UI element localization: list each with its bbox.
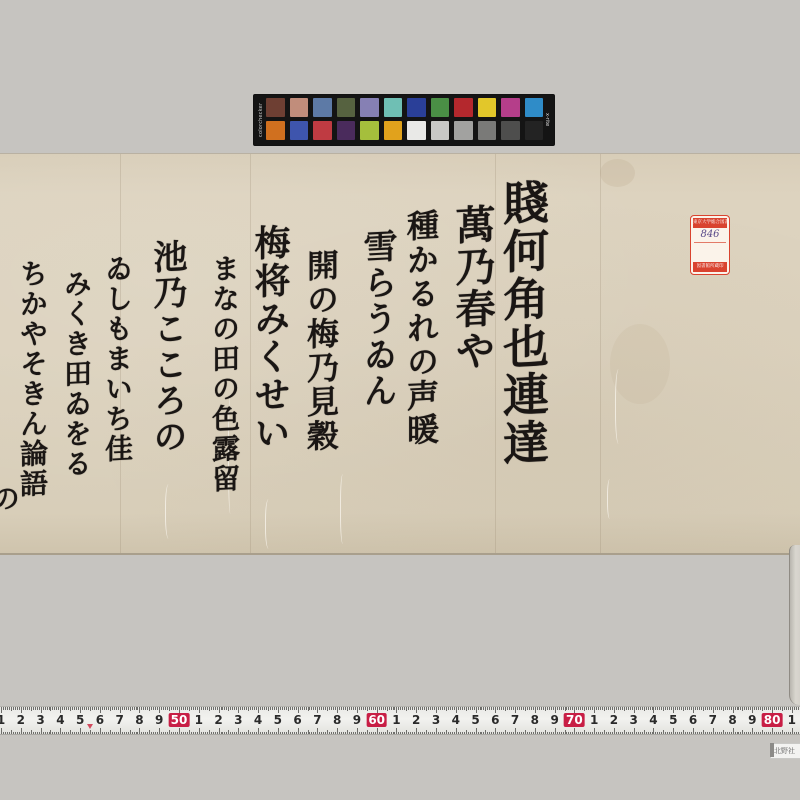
ruler-tick bbox=[644, 730, 645, 734]
ruler-tick bbox=[614, 707, 615, 713]
ruler-tick bbox=[748, 707, 749, 710]
ruler-tick bbox=[547, 732, 548, 735]
ruler-tick bbox=[715, 732, 716, 735]
ruler-tick bbox=[137, 707, 138, 710]
ruler-tick bbox=[566, 732, 567, 735]
ruler-tick bbox=[652, 707, 653, 710]
ruler-tick bbox=[62, 707, 63, 710]
ruler-label: 4 bbox=[254, 713, 262, 727]
ruler-tick bbox=[784, 732, 785, 735]
ruler-tick bbox=[586, 707, 587, 710]
ruler-tick bbox=[436, 728, 437, 734]
ruler-tick bbox=[355, 732, 356, 735]
ruler-tick bbox=[304, 732, 305, 735]
ruler-tick bbox=[600, 732, 601, 735]
ruler-tick bbox=[418, 707, 419, 710]
ruler-tick bbox=[790, 707, 791, 710]
ruler-tick bbox=[50, 707, 51, 711]
ruler-tick bbox=[568, 707, 569, 710]
ruler-tick bbox=[748, 732, 749, 735]
calligraphy-column-5: 開の梅乃見穀 bbox=[305, 248, 337, 454]
ruler-tick bbox=[565, 730, 566, 734]
ruler-tick bbox=[230, 707, 231, 710]
ruler-tick bbox=[56, 732, 57, 735]
ruler-tick bbox=[224, 732, 225, 735]
ruler-tick bbox=[525, 707, 526, 711]
ruler-tick bbox=[523, 732, 524, 735]
ruler-tick bbox=[705, 707, 706, 710]
ruler-tick bbox=[665, 707, 666, 710]
ruler-tick bbox=[228, 730, 229, 734]
ruler-tick bbox=[90, 707, 91, 711]
ruler-tick bbox=[145, 732, 146, 735]
ruler-tick bbox=[353, 732, 354, 735]
ruler-tick bbox=[744, 732, 745, 735]
ruler-tick bbox=[175, 732, 176, 735]
ruler-tick bbox=[521, 732, 522, 735]
ruler-tick bbox=[527, 707, 528, 710]
ruler-tick bbox=[657, 707, 658, 710]
ruler-tick bbox=[167, 707, 168, 710]
ruler-tick bbox=[640, 707, 641, 710]
ruler-tick bbox=[363, 732, 364, 735]
ruler-tick bbox=[240, 707, 241, 710]
ruler-tick bbox=[68, 732, 69, 735]
ruler-tick bbox=[410, 732, 411, 735]
color-swatch bbox=[266, 121, 285, 140]
ruler-tick bbox=[782, 707, 783, 711]
ruler-tick bbox=[213, 707, 214, 710]
ruler-tick bbox=[219, 707, 220, 713]
ruler-tick bbox=[317, 728, 318, 734]
ruler-tick bbox=[610, 732, 611, 735]
ruler-tick bbox=[70, 707, 71, 711]
ruler-tick bbox=[163, 707, 164, 710]
ruler-tick bbox=[187, 707, 188, 710]
ruler-tick bbox=[341, 732, 342, 735]
ruler-tick bbox=[116, 732, 117, 735]
ruler-tick bbox=[436, 707, 437, 713]
ruler-tick bbox=[313, 732, 314, 735]
ruler-label: 7 bbox=[709, 713, 717, 727]
ruler-tick bbox=[547, 707, 548, 710]
ruler-tick bbox=[648, 732, 649, 735]
ruler-tick bbox=[207, 732, 208, 735]
paper-crack bbox=[340, 474, 347, 544]
ruler-tick bbox=[780, 707, 781, 710]
ruler-label: 1 bbox=[392, 713, 400, 727]
ruler-tick bbox=[628, 707, 629, 710]
ruler-tick bbox=[246, 732, 247, 735]
ruler-tick bbox=[527, 732, 528, 735]
ruler-tick bbox=[572, 707, 573, 710]
ruler-tick bbox=[155, 732, 156, 735]
ruler-tick bbox=[313, 707, 314, 710]
ruler-tick bbox=[725, 732, 726, 735]
ruler-tick bbox=[501, 707, 502, 710]
ruler-tick bbox=[778, 732, 779, 735]
ruler-tick bbox=[574, 707, 575, 713]
ruler-tick bbox=[242, 732, 243, 735]
ruler-tick bbox=[456, 707, 457, 713]
ruler-tick bbox=[580, 707, 581, 710]
ruler-tick bbox=[788, 732, 789, 735]
ruler-tick bbox=[576, 707, 577, 710]
ruler-tick bbox=[424, 732, 425, 735]
ruler-tick bbox=[94, 732, 95, 735]
ruler-tick bbox=[442, 732, 443, 735]
ruler-tick bbox=[321, 732, 322, 735]
ruler-tick bbox=[503, 732, 504, 735]
ruler-tick bbox=[391, 707, 392, 710]
ruler-tick bbox=[432, 732, 433, 735]
ruler-tick bbox=[489, 732, 490, 735]
ruler-tick bbox=[72, 732, 73, 735]
ruler-label: 5 bbox=[471, 713, 479, 727]
ruler-tick bbox=[517, 707, 518, 710]
ruler-tick bbox=[408, 707, 409, 710]
ruler-tick bbox=[620, 732, 621, 735]
ruler-tick bbox=[361, 732, 362, 735]
ruler-tick bbox=[179, 707, 180, 713]
ruler-tick bbox=[628, 732, 629, 735]
ruler-tick bbox=[373, 732, 374, 735]
ruler-tick bbox=[586, 732, 587, 735]
ruler-tick bbox=[735, 707, 736, 710]
color-swatch bbox=[525, 98, 544, 117]
ruler-tick bbox=[414, 707, 415, 710]
ruler-tick bbox=[691, 732, 692, 735]
ruler-tick bbox=[258, 707, 259, 713]
ruler-tick bbox=[487, 707, 488, 710]
ruler-tick bbox=[236, 732, 237, 735]
paper-stain bbox=[600, 159, 635, 187]
ruler-tick bbox=[359, 732, 360, 735]
ruler-tick bbox=[106, 707, 107, 710]
ruler-tick bbox=[626, 732, 627, 735]
ruler-tick bbox=[357, 728, 358, 734]
ruler-tick bbox=[679, 732, 680, 735]
ruler-tick bbox=[709, 707, 710, 710]
ruler-tick bbox=[195, 732, 196, 735]
ruler-tick bbox=[92, 707, 93, 710]
paper-crack bbox=[607, 479, 614, 519]
ruler-tick bbox=[49, 732, 50, 735]
ruler-tick bbox=[145, 707, 146, 710]
ruler-tick bbox=[58, 707, 59, 710]
ruler-tick bbox=[134, 732, 135, 735]
label-header: 東京大学総合図書館 bbox=[693, 218, 727, 228]
xrite-brand-label: x-rite bbox=[543, 101, 551, 139]
ruler-tick bbox=[219, 728, 220, 734]
ruler-tick bbox=[671, 732, 672, 735]
ruler-tick bbox=[744, 707, 745, 710]
ruler-tick bbox=[653, 728, 654, 734]
ruler-tick bbox=[487, 732, 488, 735]
ruler-tick bbox=[345, 732, 346, 735]
ruler-tick bbox=[592, 732, 593, 735]
ruler-tick bbox=[130, 730, 131, 734]
ruler-tick bbox=[377, 728, 378, 734]
ruler-tick bbox=[667, 707, 668, 710]
ruler-tick bbox=[699, 732, 700, 735]
ruler-tick bbox=[655, 707, 656, 710]
ruler-tick bbox=[76, 732, 77, 735]
ruler-tick bbox=[331, 732, 332, 735]
ruler-tick bbox=[136, 732, 137, 735]
ruler-label: 1 bbox=[195, 713, 203, 727]
ruler-tick bbox=[624, 730, 625, 734]
ruler-tick bbox=[211, 732, 212, 735]
ruler-tick bbox=[39, 732, 40, 735]
ruler-tick bbox=[72, 707, 73, 710]
ruler-tick bbox=[689, 732, 690, 735]
ruler-tick bbox=[766, 732, 767, 735]
ruler-tick bbox=[474, 732, 475, 735]
ruler-label: 3 bbox=[36, 713, 44, 727]
ruler-tick bbox=[404, 732, 405, 735]
color-swatch bbox=[431, 98, 450, 117]
ruler-tick bbox=[549, 707, 550, 710]
ruler-tick bbox=[90, 730, 91, 734]
ruler-tick bbox=[796, 732, 797, 735]
ruler-tick bbox=[335, 707, 336, 710]
ruler-tick bbox=[311, 732, 312, 735]
ruler-label: 6 bbox=[293, 713, 301, 727]
color-swatch bbox=[501, 121, 520, 140]
ruler-tick bbox=[701, 732, 702, 735]
ruler-tick bbox=[452, 732, 453, 735]
ruler-tick bbox=[197, 707, 198, 710]
ruler-tick bbox=[446, 730, 447, 734]
ruler-tick bbox=[43, 732, 44, 735]
ruler-tick bbox=[207, 707, 208, 710]
ruler-tick bbox=[737, 732, 738, 735]
ruler-tick bbox=[139, 728, 140, 734]
ruler-tick bbox=[54, 732, 55, 735]
ruler-tick bbox=[507, 707, 508, 710]
ruler-tick bbox=[62, 732, 63, 735]
ruler-tick bbox=[738, 707, 739, 710]
ruler-tick bbox=[21, 728, 22, 734]
ruler-tick bbox=[604, 707, 605, 711]
ruler-tick bbox=[33, 707, 34, 710]
ruler-tick bbox=[561, 707, 562, 710]
ruler-tick bbox=[768, 732, 769, 735]
ruler-tick bbox=[327, 707, 328, 711]
ruler-tick bbox=[266, 707, 267, 710]
ruler-tick bbox=[462, 732, 463, 735]
ruler-tick bbox=[383, 707, 384, 710]
ruler-tick bbox=[68, 707, 69, 710]
ruler-tick bbox=[52, 732, 53, 735]
ruler-tick bbox=[545, 707, 546, 711]
color-swatch bbox=[337, 98, 356, 117]
ruler-tick bbox=[221, 732, 222, 735]
ruler-tick bbox=[74, 707, 75, 710]
ruler-tick bbox=[161, 707, 162, 710]
ruler-tick bbox=[790, 732, 791, 735]
ruler-tick bbox=[389, 707, 390, 710]
ruler-tick bbox=[412, 732, 413, 735]
ruler-tick bbox=[614, 728, 615, 734]
ruler-tick bbox=[426, 730, 427, 734]
ruler-tick bbox=[476, 728, 477, 734]
ruler-tick bbox=[606, 732, 607, 735]
ruler-tick bbox=[632, 707, 633, 710]
ruler-tick bbox=[159, 728, 160, 734]
ruler-tick bbox=[650, 707, 651, 710]
ruler-tick bbox=[189, 707, 190, 711]
ruler-label: 5 bbox=[669, 713, 677, 727]
color-swatch bbox=[290, 121, 309, 140]
ruler-tick bbox=[317, 707, 318, 713]
ruler-tick bbox=[422, 707, 423, 710]
ruler-tick bbox=[141, 707, 142, 710]
ruler-tick bbox=[398, 732, 399, 735]
ruler-tick bbox=[296, 707, 297, 710]
scroll-weight bbox=[789, 545, 800, 705]
ruler-tick bbox=[3, 732, 4, 735]
ruler-tick bbox=[118, 732, 119, 735]
ruler-tick bbox=[29, 732, 30, 735]
ruler-tick bbox=[151, 707, 152, 710]
color-swatch bbox=[313, 121, 332, 140]
ruler-tick bbox=[304, 707, 305, 710]
ruler-tick bbox=[393, 732, 394, 735]
ruler-tick bbox=[598, 732, 599, 735]
ruler-tick bbox=[78, 707, 79, 710]
ruler-tick bbox=[667, 732, 668, 735]
ruler-tick bbox=[256, 707, 257, 710]
ruler-tick bbox=[128, 732, 129, 735]
ruler-tick bbox=[333, 732, 334, 735]
paper-crack bbox=[615, 369, 624, 444]
ruler-tick bbox=[282, 707, 283, 710]
color-swatch bbox=[360, 98, 379, 117]
ruler-tick bbox=[110, 730, 111, 734]
ruler-tick bbox=[120, 707, 121, 713]
ruler-tick bbox=[228, 707, 229, 711]
ruler-tick bbox=[108, 732, 109, 735]
ruler-tick bbox=[622, 707, 623, 710]
ruler-tick bbox=[541, 707, 542, 710]
ruler-tick bbox=[719, 732, 720, 735]
ruler-tick bbox=[529, 707, 530, 710]
ruler-tick bbox=[659, 732, 660, 735]
ruler-tick bbox=[731, 732, 732, 735]
ruler-tick bbox=[41, 707, 42, 713]
ruler-tick bbox=[687, 707, 688, 710]
ruler-tick bbox=[707, 707, 708, 710]
ruler-tick bbox=[100, 728, 101, 734]
ruler-tick bbox=[343, 732, 344, 735]
ruler-tick bbox=[754, 707, 755, 710]
ruler-tick bbox=[505, 730, 506, 734]
ruler-tick bbox=[52, 707, 53, 710]
ruler-tick bbox=[215, 732, 216, 735]
ruler-tick bbox=[315, 707, 316, 710]
color-swatch bbox=[431, 121, 450, 140]
ruler-tick bbox=[27, 732, 28, 735]
ruler-tick bbox=[379, 707, 380, 710]
ruler-tick bbox=[444, 732, 445, 735]
ruler-tick bbox=[669, 707, 670, 710]
ruler-tick bbox=[256, 732, 257, 735]
ruler-tick bbox=[147, 732, 148, 735]
ruler-tick bbox=[634, 707, 635, 713]
ruler-tick bbox=[545, 730, 546, 734]
ruler-tick bbox=[661, 732, 662, 735]
ruler-tick bbox=[209, 707, 210, 711]
ruler-tick bbox=[553, 707, 554, 710]
ruler-tick bbox=[742, 730, 743, 734]
ruler-tick bbox=[193, 732, 194, 735]
ruler-tick bbox=[290, 707, 291, 710]
ruler-label: 1 bbox=[0, 713, 5, 727]
ruler-tick bbox=[359, 707, 360, 710]
ruler-tick bbox=[505, 707, 506, 711]
ruler-tick bbox=[343, 707, 344, 710]
ruler-tick bbox=[185, 732, 186, 735]
ruler-tick bbox=[683, 707, 684, 711]
ruler-tick bbox=[102, 732, 103, 735]
ruler-tick bbox=[274, 707, 275, 710]
ruler-tick bbox=[96, 732, 97, 735]
ruler-tick bbox=[367, 730, 368, 734]
ruler-tick bbox=[608, 732, 609, 735]
ruler-tick bbox=[311, 707, 312, 710]
ruler-tick bbox=[685, 732, 686, 735]
ruler-tick bbox=[193, 707, 194, 710]
ruler-tick bbox=[325, 707, 326, 710]
ruler-tick bbox=[137, 732, 138, 735]
ruler-tick bbox=[217, 707, 218, 710]
ruler-tick bbox=[497, 732, 498, 735]
ruler-tick bbox=[624, 707, 625, 711]
ruler-tick bbox=[213, 732, 214, 735]
ruler-tick bbox=[203, 732, 204, 735]
ruler-tick bbox=[470, 707, 471, 710]
ruler-tick bbox=[383, 732, 384, 735]
ruler-tick bbox=[232, 707, 233, 710]
ruler-tick bbox=[428, 732, 429, 735]
ruler-tick bbox=[124, 707, 125, 710]
ruler-tick bbox=[602, 732, 603, 735]
ruler-tick bbox=[276, 732, 277, 735]
ruler-tick bbox=[41, 728, 42, 734]
ruler-tick bbox=[375, 732, 376, 735]
ruler-tick bbox=[88, 707, 89, 710]
ruler-tick bbox=[760, 707, 761, 710]
ruler-tick bbox=[264, 732, 265, 735]
ruler-label: 50 bbox=[169, 713, 190, 727]
ruler-tick bbox=[136, 707, 137, 710]
calligraphy-column-10: みくき田ゐをる bbox=[62, 268, 90, 479]
ruler-tick bbox=[351, 732, 352, 735]
ruler-tick bbox=[549, 732, 550, 735]
ruler-tick bbox=[622, 732, 623, 735]
ruler-tick bbox=[353, 707, 354, 710]
ruler-tick bbox=[80, 707, 81, 713]
ruler-tick bbox=[612, 707, 613, 710]
ruler-tick bbox=[92, 732, 93, 735]
ruler-tick bbox=[169, 730, 170, 734]
ruler-tick bbox=[713, 707, 714, 713]
ruler-label: 4 bbox=[649, 713, 657, 727]
ruler-tick bbox=[472, 707, 473, 710]
ruler-tick bbox=[460, 707, 461, 710]
